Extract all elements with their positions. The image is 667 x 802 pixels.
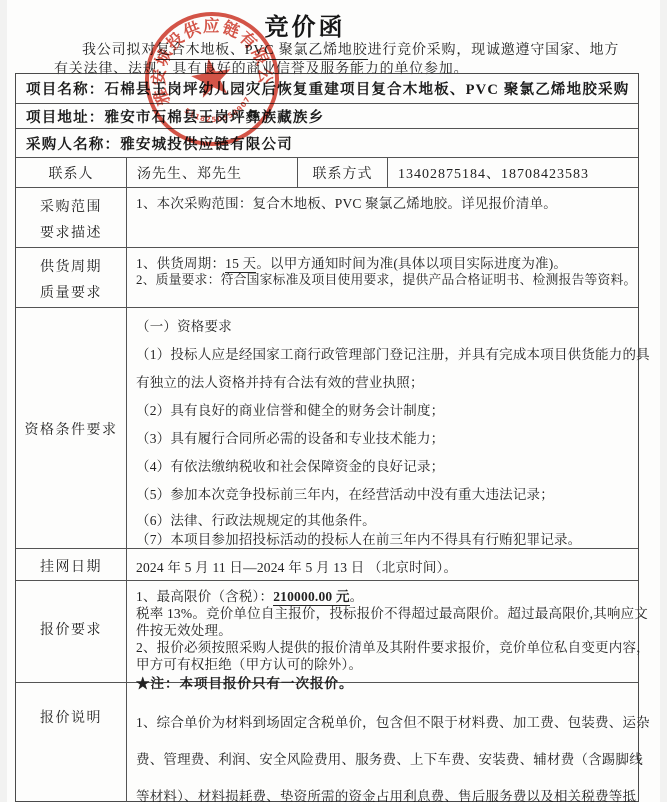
scope-line: 1、本次采购范围：复合木地板、PVC 聚氯乙烯地胶。详见报价清单。	[136, 192, 636, 212]
scope-label-line2: 要求描述	[16, 222, 126, 242]
intro-text: 进行竞价采购，现诚邀遵守国家、地方	[368, 43, 620, 58]
supply-content: 1、供货周期：15 天。以甲方通知时间为准(具体以项目实际进度为准)。 2、质量…	[127, 248, 638, 307]
quote-note-content: 1、综合单价为材料到场固定含税单价，包含但不限于材料费、加工费、包装费、运杂 费…	[127, 683, 638, 802]
contact-names: 汤先生、郑先生	[137, 163, 242, 183]
contact-label: 联系人	[49, 163, 94, 183]
quote-req-content: 1、最高限价（含税）：210000.00 元。 税率 13%。竞价单位自主报价，…	[127, 581, 638, 682]
row-project-address: 项目地址：雅安市石棉县王岗坪彝族藏族乡	[16, 104, 638, 129]
intro-text: 我公司拟对	[82, 43, 156, 58]
quote-note-label-cell: 报价说明	[16, 683, 127, 802]
contact-label-cell: 联系人	[16, 158, 127, 187]
row-purchaser: 采购人名称：雅安城投供应链有限公司	[16, 129, 638, 158]
row-posting-date: 挂网日期 2024 年 5 月 11 日—2024 年 5 月 13 日 （北京…	[16, 549, 638, 581]
row-contact: 联系人 汤先生、郑先生 联系方式 13402875184、18708423583	[16, 158, 638, 188]
contact-phone-cell: 13402875184、18708423583	[388, 158, 638, 187]
row-supply-period: 供货周期 质量要求 1、供货周期：15 天。以甲方通知时间为准(具体以项目实际进…	[16, 248, 638, 308]
quote-req-label-cell: 报价要求	[16, 581, 127, 682]
quote-note-line-2: 费、管理费、利润、安全风险费用、服务费、上下车费、安装费、辅材费（含踢脚线	[136, 748, 636, 768]
contact-phones: 13402875184、18708423583	[398, 163, 589, 183]
row-quote-notes: 报价说明 1、综合单价为材料到场固定含税单价，包含但不限于材料费、加工费、包装费…	[16, 683, 638, 802]
intro-line-1: 我公司拟对复合木地板、PVC 聚氯乙烯地胶进行竞价采购，现诚邀遵守国家、地方	[82, 39, 619, 59]
supply-label-line2: 质量要求	[16, 282, 126, 302]
qual-line-7: （6）法律、行政法规规定的其他条件。	[136, 509, 636, 529]
contact-method-label-cell: 联系方式	[298, 158, 388, 187]
posting-content: 2024 年 5 月 11 日—2024 年 5 月 13 日 （北京时间）。	[127, 549, 638, 580]
page-title: 竞价函	[225, 7, 385, 35]
qual-line-3: （2）具有良好的商业信誉和健全的财务会计制度；	[136, 399, 636, 419]
qualification-content: （一）资格要求 （1）投标人应是经国家工商行政管理部门登记注册，并具有完成本项目…	[127, 308, 638, 548]
scan-edge-right	[660, 0, 667, 802]
qual-line-6: （5）参加本次竞争投标前三年内，在经营活动中没有重大违法记录；	[136, 483, 636, 503]
quote-req-label: 报价要求	[16, 619, 126, 639]
supply-label-cell: 供货周期 质量要求	[16, 248, 127, 307]
row-project-name: 项目名称：石棉县王岗坪幼儿园灾后恢复重建项目复合木地板、PVC 聚氯乙烯地胶采购	[16, 74, 638, 104]
document-page: 竞价函 我公司拟对复合木地板、PVC 聚氯乙烯地胶进行竞价采购，现诚邀遵守国家、…	[0, 0, 667, 802]
quote-req-line-5: 甲方可有权拒绝（甲方认可的除外）。	[136, 653, 636, 673]
contact-value-cell: 汤先生、郑先生	[127, 158, 298, 187]
supply-label-line1: 供货周期	[16, 256, 126, 276]
quote-note-line-3: 等材料）、材料损耗费、垫资所需的资金占用利息费、售后服务费以及相关税费等抵	[136, 785, 636, 802]
posting-date-value: 2024 年 5 月 11 日—2024 年 5 月 13 日 （北京时间）。	[136, 556, 636, 576]
qual-line-8: （7）本项目参加招投标活动的投标人在前三年内不得具有行贿犯罪记录。	[136, 528, 636, 548]
scan-edge-left	[0, 0, 7, 802]
qual-line-5: （4）有依法缴纳税收和社会保障资金的良好记录；	[136, 455, 636, 475]
qualification-label: 资格条件要求	[16, 419, 126, 439]
contact-method-label: 联系方式	[313, 163, 373, 183]
qual-line-1: （1）投标人应是经国家工商行政管理部门登记注册，并具有完成本项目供货能力的具	[136, 343, 636, 363]
scope-label-cell: 采购范围 要求描述	[16, 188, 127, 247]
supply-line-2: 2、质量要求：符合国家标准及项目使用要求，提供产品合格证明书、检测报告等资料。	[136, 269, 636, 288]
project-name-text: 项目名称：石棉县王岗坪幼儿园灾后恢复重建项目复合木地板、PVC 聚氯乙烯地胶采购	[16, 74, 638, 103]
posting-label-cell: 挂网日期	[16, 549, 127, 580]
qual-line-0: （一）资格要求	[136, 315, 636, 335]
purchaser-text: 采购人名称：雅安城投供应链有限公司	[16, 129, 638, 157]
qual-line-2: 有独立的法人资格并持有合法有效的营业执照；	[136, 371, 636, 391]
qual-line-4: （3）具有履行合同所必需的设备和专业技术能力；	[136, 427, 636, 447]
quote-note-label: 报价说明	[16, 707, 126, 727]
quote-note-line-1: 1、综合单价为材料到场固定含税单价，包含但不限于材料费、加工费、包装费、运杂	[136, 711, 636, 731]
project-address-text: 项目地址：雅安市石棉县王岗坪彝族藏族乡	[16, 104, 638, 128]
bid-info-table: 项目名称：石棉县王岗坪幼儿园灾后恢复重建项目复合木地板、PVC 聚氯乙烯地胶采购…	[15, 73, 639, 802]
qualification-label-cell: 资格条件要求	[16, 308, 127, 548]
scope-content: 1、本次采购范围：复合木地板、PVC 聚氯乙烯地胶。详见报价清单。	[127, 188, 638, 247]
scope-label-line1: 采购范围	[16, 196, 126, 216]
posting-label: 挂网日期	[16, 556, 126, 576]
row-qualification: 资格条件要求 （一）资格要求 （1）投标人应是经国家工商行政管理部门登记注册，并…	[16, 308, 638, 549]
row-scope: 采购范围 要求描述 1、本次采购范围：复合木地板、PVC 聚氯乙烯地胶。详见报价…	[16, 188, 638, 248]
row-quote-requirements: 报价要求 1、最高限价（含税）：210000.00 元。 税率 13%。竞价单位…	[16, 581, 638, 683]
